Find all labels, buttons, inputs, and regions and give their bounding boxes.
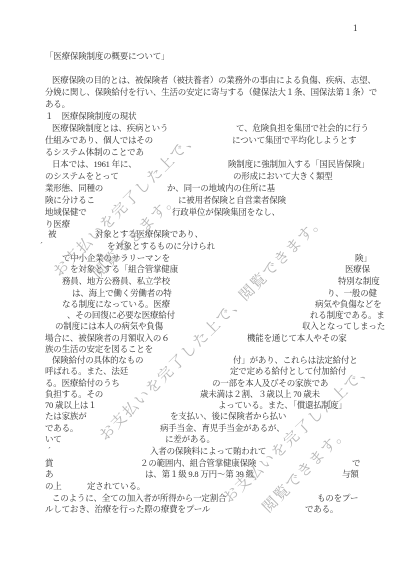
text-segment: ´ — [48, 445, 51, 455]
text-segment: あ — [45, 468, 53, 480]
text-segment: 特別な制度 — [338, 275, 380, 287]
text-line: いてに差がある。 — [0, 433, 410, 445]
text-segment: に差がある。 — [165, 433, 215, 445]
text-segment: の形成において大きく類型 — [233, 170, 333, 182]
text-segment: １ 医療保険制度の現状 — [45, 110, 136, 122]
text-segment: 仕組みであり、個人ではその — [45, 134, 153, 146]
text-line: 医療保険の目的とは、被保険者（被扶養者）の業務外の事由による負傷、疾病、志望、 — [0, 74, 410, 86]
text-line: 地域保健で行政単位が保険集団をなし、 — [0, 206, 410, 218]
text-segment: 分娩に関し、保険給付を行い、生活の安定に寄与する（健保法大１条、国保法第１条）で — [45, 86, 377, 98]
text-segment: 医療保 — [345, 263, 370, 275]
text-segment: の制度には本人の病気や負傷 — [55, 320, 163, 332]
text-line: 呼ばれる。また、法廷定で定める給付として付加給付 — [0, 365, 410, 377]
text-line: ´入者の保険料によって賄われて — [0, 445, 410, 457]
text-segment: て、危険負担を集団で社会的に行う — [236, 122, 369, 134]
text-line: 務員、地方公務員、私立学校特別な制度 — [0, 275, 410, 287]
text-segment: 呼ばれる。また、法廷 — [45, 365, 128, 377]
text-line: 日本では、1961 年に、険制度に強制加入する「国民皆保険」 — [0, 158, 410, 170]
text-line: の制度には本人の病気や負傷収入となってしまった — [0, 320, 410, 332]
text-line: 仕組みであり、個人ではそのについて集団で平均化しようとす — [0, 134, 410, 146]
document-page: 1 「医療保険制度の概要について」医療保険の目的とは、被保険者（被扶養者）の業務… — [0, 0, 410, 580]
text-segment: 定で定める給付として付加給付 — [230, 365, 346, 377]
text-line: 被対象とする医療保険であり、 — [0, 228, 410, 240]
text-segment: 被 — [48, 228, 56, 240]
text-segment: 医療保険の目的とは、被保険者（被扶養者）の業務外の事由による負傷、疾病、志望、 — [52, 74, 376, 86]
text-segment: 務員、地方公務員、私立学校 — [62, 275, 170, 287]
text-line: ´を対象とするものに分けられ — [0, 240, 410, 252]
text-segment: ある。 — [45, 98, 70, 110]
text-segment: 入者の保険料によって賄われて — [150, 445, 266, 457]
text-line: の上定されている。 — [0, 480, 410, 492]
text-segment: 対象とする医療保険であり、 — [95, 228, 203, 240]
text-line: たは家族がを支払い、後に保険者から払い — [0, 410, 410, 422]
text-segment: の上 — [45, 480, 62, 492]
text-line: 険に分けるこに被用者保険と自営業者保険 — [0, 194, 410, 206]
text-segment: である。 — [305, 503, 338, 515]
text-line: １ 医療保険制度の現状 — [0, 110, 410, 122]
text-segment: たは家族が — [45, 410, 87, 422]
text-segment: を支払い、後に保険者から払い — [170, 410, 286, 422]
text-line: のシステムをとっての形成において大きく類型 — [0, 170, 410, 182]
text-segment: か、同一の地域内の住所に基 — [167, 182, 275, 194]
text-segment: 業形態、同種の — [45, 182, 103, 194]
text-segment: に被用者保険と自営業者保険 — [178, 194, 286, 206]
text-segment: いて — [45, 433, 62, 445]
text-segment: 定されている。 — [87, 480, 145, 492]
text-line: を対象とする「組合管掌健康医療保 — [0, 263, 410, 275]
text-segment: ´ — [40, 240, 43, 250]
text-line: ルしておき、治療を行った際の療費をプールである。 — [0, 503, 410, 515]
text-segment: るシステム体制のことであ — [45, 146, 144, 158]
text-segment: 収入となってしまった — [302, 320, 385, 332]
text-segment: 険制度に強制加入する「国民皆保険」 — [228, 158, 369, 170]
text-segment: を対象とする「組合管掌健康 — [70, 263, 178, 275]
text-segment: 与額 — [342, 468, 359, 480]
text-line: 医療保険制度とは、疾病というて、危険負担を集団で社会的に行う — [0, 122, 410, 134]
text-segment: について集団で平均化しようとす — [232, 134, 356, 146]
text-line: ある。 — [0, 98, 410, 110]
text-segment: 地域保健で — [45, 206, 87, 218]
text-segment: ルしておき、治療を行った際の療費をプール — [45, 503, 210, 515]
text-segment: 日本では、1961 年に、 — [52, 158, 137, 170]
text-segment: は、第１級 9.8 万円～第 39 級 — [145, 468, 254, 480]
text-segment: 険に分けるこ — [45, 194, 95, 206]
text-line: 「医療保険制度の概要について」 — [0, 50, 410, 62]
page-number: 1 — [353, 23, 358, 33]
text-segment: 「医療保険制度の概要について」 — [45, 50, 169, 62]
text-segment: 医療保険制度とは、疾病という — [52, 122, 168, 134]
text-line: るシステム体制のことであ — [0, 146, 410, 158]
text-line: 業形態、同種のか、同一の地域内の住所に基 — [0, 182, 410, 194]
text-line: 分娩に関し、保険給付を行い、生活の安定に寄与する（健保法大１条、国保法第１条）で — [0, 86, 410, 98]
text-segment: のシステムをとって — [45, 170, 119, 182]
text-segment: を対象とするものに分けられ — [107, 240, 215, 252]
text-line: あは、第１級 9.8 万円～第 39 級与額 — [0, 468, 410, 480]
text-segment: 行政単位が保険集団をなし、 — [172, 206, 280, 218]
